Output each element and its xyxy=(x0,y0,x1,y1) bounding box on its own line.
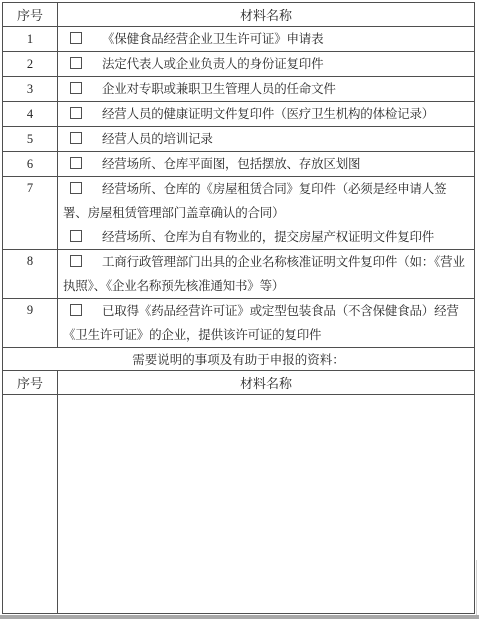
material-cell: 经营场所、仓库的《房屋租赁合同》复印件（必须是经申请人签署、房屋租赁管理部门盖章… xyxy=(58,177,475,250)
material-text: 《保健食品经营企业卫生许可证》申请表 xyxy=(102,32,323,46)
table-row: 3 企业对专职或兼职卫生管理人员的任命文件 xyxy=(3,77,475,102)
note-row: 需要说明的事项及有助于申报的资料： xyxy=(3,348,475,371)
row-number: 7 xyxy=(3,177,58,250)
material-cell: 企业对专职或兼职卫生管理人员的任命文件 xyxy=(58,77,475,102)
table-row: 9 已取得《药品经营许可证》或定型包装食品（不含保健食品）经营《卫生许可证》的企… xyxy=(3,299,475,348)
notes-entry-area xyxy=(58,395,475,614)
row-number: 5 xyxy=(3,127,58,152)
checklist-header-row: 序号 材料名称 xyxy=(3,3,475,27)
materials-checklist-table: 序号 材料名称 1 《保健食品经营企业卫生许可证》申请表 2 法定代表人或企业负… xyxy=(2,2,475,614)
row-number: 4 xyxy=(3,102,58,127)
material-text: 工商行政管理部门出具的企业名称核准证明文件复印件（如：《营业执照》、《企业名称预… xyxy=(63,255,465,293)
material-item: 经营场所、仓库的《房屋租赁合同》复印件（必须是经申请人签署、房屋租赁管理部门盖章… xyxy=(63,177,469,225)
material-item: 法定代表人或企业负责人的身份证复印件 xyxy=(63,52,469,76)
checkbox-icon[interactable] xyxy=(70,57,82,69)
row-number: 6 xyxy=(3,152,58,177)
material-item: 《保健食品经营企业卫生许可证》申请表 xyxy=(63,27,469,51)
checkbox-icon[interactable] xyxy=(70,230,82,242)
checkbox-icon[interactable] xyxy=(70,304,82,316)
material-cell: 工商行政管理部门出具的企业名称核准证明文件复印件（如：《营业执照》、《企业名称预… xyxy=(58,250,475,299)
table-row: 5 经营人员的培训记录 xyxy=(3,127,475,152)
material-item: 已取得《药品经营许可证》或定型包装食品（不含保健食品）经营《卫生许可证》的企业，… xyxy=(63,299,469,347)
material-text: 经营场所、仓库平面图，包括摆放、存放区划图 xyxy=(102,157,360,171)
header-material-name: 材料名称 xyxy=(58,371,475,395)
material-text: 已取得《药品经营许可证》或定型包装食品（不含保健食品）经营《卫生许可证》的企业，… xyxy=(63,304,459,342)
table-row: 4 经营人员的健康证明文件复印件（医疗卫生机构的体检记录） xyxy=(3,102,475,127)
note-text: 需要说明的事项及有助于申报的资料： xyxy=(3,348,475,371)
blank-entry-row xyxy=(3,395,475,614)
row-number: 1 xyxy=(3,27,58,52)
material-text: 经营人员的健康证明文件复印件（医疗卫生机构的体检记录） xyxy=(102,107,434,121)
header-material-name: 材料名称 xyxy=(58,3,475,27)
notes-header-row: 序号 材料名称 xyxy=(3,371,475,395)
checkbox-icon[interactable] xyxy=(70,32,82,44)
material-cell: 已取得《药品经营许可证》或定型包装食品（不含保健食品）经营《卫生许可证》的企业，… xyxy=(58,299,475,348)
row-number: 8 xyxy=(3,250,58,299)
row-number: 9 xyxy=(3,299,58,348)
page-bottom-edge-shadow xyxy=(0,615,479,619)
material-item: 经营场所、仓库为自有物业的，提交房屋产权证明文件复印件 xyxy=(63,225,469,249)
material-cell: 经营人员的健康证明文件复印件（医疗卫生机构的体检记录） xyxy=(58,102,475,127)
material-text: 经营场所、仓库为自有物业的，提交房屋产权证明文件复印件 xyxy=(102,230,434,244)
material-item: 经营人员的培训记录 xyxy=(63,127,469,151)
material-text: 企业对专职或兼职卫生管理人员的任命文件 xyxy=(102,82,336,96)
checkbox-icon[interactable] xyxy=(70,255,82,267)
checkbox-icon[interactable] xyxy=(70,82,82,94)
material-cell: 经营人员的培训记录 xyxy=(58,127,475,152)
blank-number-cell xyxy=(3,395,58,614)
table-row: 7 经营场所、仓库的《房屋租赁合同》复印件（必须是经申请人签署、房屋租赁管理部门… xyxy=(3,177,475,250)
checkbox-icon[interactable] xyxy=(70,182,82,194)
material-item: 经营场所、仓库平面图，包括摆放、存放区划图 xyxy=(63,152,469,176)
table-row: 2 法定代表人或企业负责人的身份证复印件 xyxy=(3,52,475,77)
table-row: 1 《保健食品经营企业卫生许可证》申请表 xyxy=(3,27,475,52)
material-item: 经营人员的健康证明文件复印件（医疗卫生机构的体检记录） xyxy=(63,102,469,126)
row-number: 2 xyxy=(3,52,58,77)
page-right-edge-shadow xyxy=(476,560,477,615)
material-item: 工商行政管理部门出具的企业名称核准证明文件复印件（如：《营业执照》、《企业名称预… xyxy=(63,250,469,298)
material-cell: 《保健食品经营企业卫生许可证》申请表 xyxy=(58,27,475,52)
material-item: 企业对专职或兼职卫生管理人员的任命文件 xyxy=(63,77,469,101)
material-text: 经营人员的培训记录 xyxy=(102,132,213,146)
header-serial-number: 序号 xyxy=(3,371,58,395)
material-cell: 经营场所、仓库平面图，包括摆放、存放区划图 xyxy=(58,152,475,177)
header-serial-number: 序号 xyxy=(3,3,58,27)
checkbox-icon[interactable] xyxy=(70,157,82,169)
material-text: 经营场所、仓库的《房屋租赁合同》复印件（必须是经申请人签署、房屋租赁管理部门盖章… xyxy=(63,182,446,220)
checkbox-icon[interactable] xyxy=(70,132,82,144)
table-row: 6 经营场所、仓库平面图，包括摆放、存放区划图 xyxy=(3,152,475,177)
table-row: 8 工商行政管理部门出具的企业名称核准证明文件复印件（如：《营业执照》、《企业名… xyxy=(3,250,475,299)
material-cell: 法定代表人或企业负责人的身份证复印件 xyxy=(58,52,475,77)
material-text: 法定代表人或企业负责人的身份证复印件 xyxy=(102,57,323,71)
checkbox-icon[interactable] xyxy=(70,107,82,119)
row-number: 3 xyxy=(3,77,58,102)
